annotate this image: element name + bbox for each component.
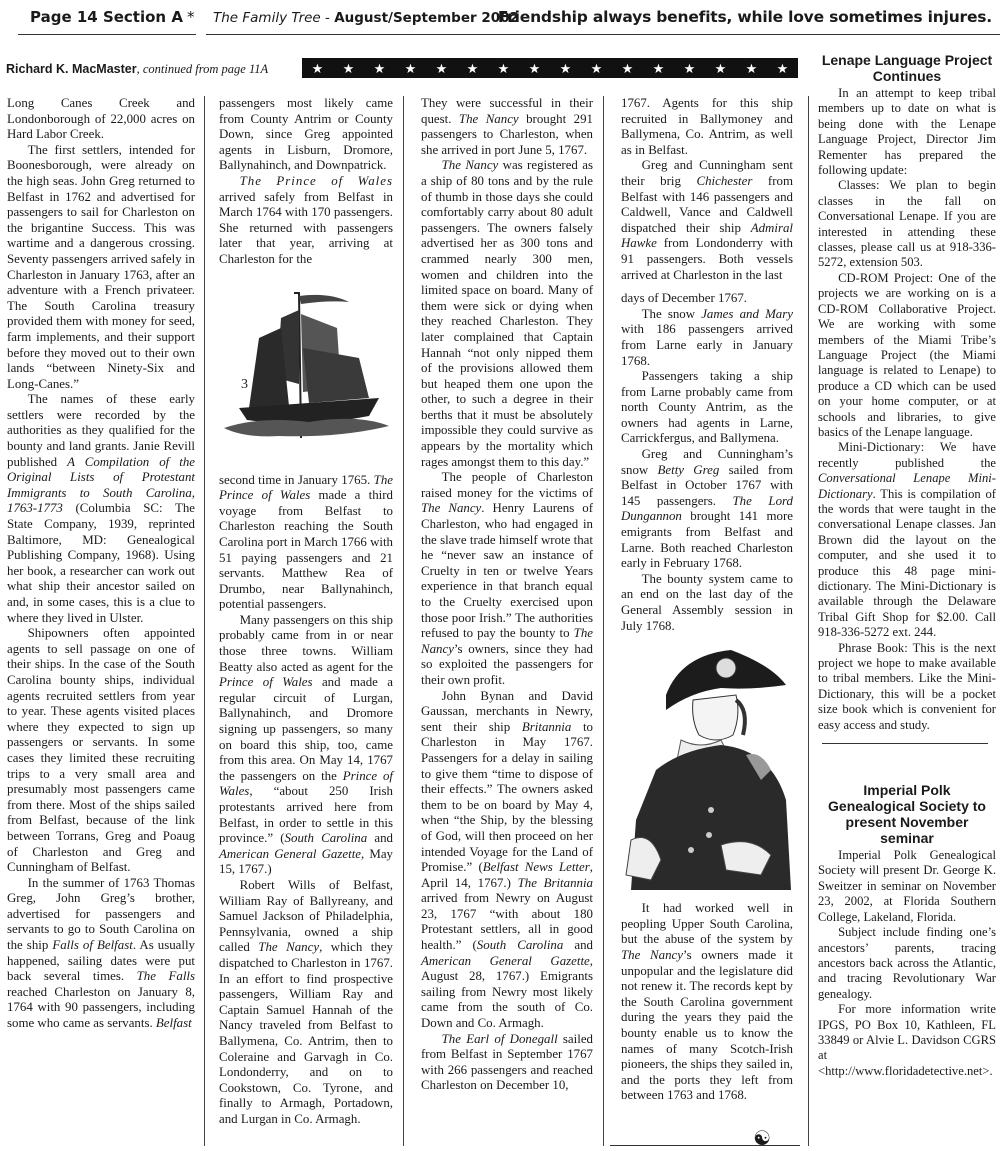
publication-title: The Family Tree - August/September 2002 <box>213 10 519 26</box>
column-divider <box>204 96 205 1146</box>
text-run: Mini-Dictionary: We have recently publis… <box>818 440 996 469</box>
portrait-illustration-icon <box>621 640 793 895</box>
article-column-4: 1767. Agents for this ship recruited in … <box>621 96 793 1148</box>
text-run: to Charleston in May 1767. Passengers fo… <box>421 720 593 874</box>
text-run: second time in January 1765. <box>219 473 374 487</box>
paragraph: In an attempt to keep tribal members up … <box>818 86 996 178</box>
text-run: , which they dispatched to Charleston in… <box>219 940 393 1126</box>
text-run: and <box>367 831 393 845</box>
article-column-1: Long Canes Creek and Londonborough of 22… <box>7 96 195 1032</box>
star-icon: ★ <box>622 62 634 75</box>
star-icon: ★ <box>374 62 386 75</box>
byline: Richard K. MacMaster, continued from pag… <box>6 62 268 77</box>
text-run: . Henry Laurens of Charleston, who had e… <box>421 501 593 640</box>
paragraph: Phrase Book: This is the next project we… <box>818 641 996 733</box>
section-divider <box>822 743 988 744</box>
star-icon: ★ <box>312 62 324 75</box>
paragraph: The first settlers, intended for Boonesb… <box>7 143 195 393</box>
ship-name: The Nancy <box>421 501 481 515</box>
newspaper-title: American General Gazette <box>421 954 590 968</box>
paragraph: Robert Wills of Belfast, William Ray of … <box>219 878 393 1128</box>
text-run: (Columbia SC: The State Company, 1939, r… <box>7 501 195 624</box>
continued-note: , continued from page 11A <box>137 62 269 76</box>
star-icon: ★ <box>498 62 510 75</box>
title-separator: - <box>321 10 334 26</box>
star-banner: ★★★★★★★★★★★★★★★★ <box>302 58 798 78</box>
paragraph: Imperial Polk Genealogical Society will … <box>818 848 996 925</box>
column-divider <box>808 96 809 1146</box>
paragraph: The Earl of Donegall sailed from Belfast… <box>421 1032 593 1094</box>
sidebar: Lenape Language Project Continues In an … <box>818 52 996 1079</box>
text-run: It had worked well in peopling Upper Sou… <box>621 901 793 946</box>
column-divider <box>403 96 404 1146</box>
ship-name: The Earl of Donegall <box>442 1032 558 1046</box>
text-run: The snow <box>642 307 702 321</box>
ship-name: Falls of Belfast <box>52 938 132 952</box>
svg-text:3: 3 <box>241 377 248 392</box>
star-icon: ★ <box>777 62 789 75</box>
ship-name: Britannia <box>522 720 571 734</box>
newspaper-title: South Carolina <box>285 831 368 845</box>
text-run: The people of Charleston raised money fo… <box>421 470 593 500</box>
newspaper-title: South Carolina <box>477 938 564 952</box>
officer-portrait <box>621 640 793 895</box>
paragraph: The Prince of Wales arrived safely from … <box>219 174 393 268</box>
page-label: Page 14 Section A* <box>30 8 194 26</box>
paragraph: They were successful in their quest. The… <box>421 96 593 158</box>
ship-name: The Nancy <box>459 112 519 126</box>
paragraph: 1767. Agents for this ship recruited in … <box>621 96 793 158</box>
star-icon: ★ <box>591 62 603 75</box>
text-run: made a third voyage from Belfast to Char… <box>219 488 393 611</box>
ship-name: The Falls <box>137 969 195 983</box>
star-icon: ★ <box>436 62 448 75</box>
paragraph: Greg and Cunningham’s snow Betty Greg sa… <box>621 447 793 572</box>
paragraph: Passengers taking a ship from Larne prob… <box>621 369 793 447</box>
issue-date: August/September 2002 <box>334 10 519 26</box>
paragraph: passengers most likely came from County … <box>219 96 393 174</box>
paragraph: Long Canes Creek and Londonborough of 22… <box>7 96 195 143</box>
ship-name: The Nancy <box>442 158 499 172</box>
sailing-ship-icon: 3 <box>219 288 393 453</box>
star-icon: ★ <box>746 62 758 75</box>
ship-illustration: 3 <box>219 288 393 453</box>
star-icon: ★ <box>343 62 355 75</box>
text-run: arrived safely from Belfast in March 176… <box>219 190 393 266</box>
paragraph: Subject include finding one’s ancestors’… <box>818 925 996 1002</box>
page-number: Page 14 Section A <box>30 8 183 26</box>
text-run: . This is compilation of the words that … <box>818 487 996 640</box>
article-end-rule <box>610 1145 800 1146</box>
paragraph: Shipowners often appointed agents to sel… <box>7 626 195 876</box>
text-run: was registered as a ship of 80 tons and … <box>421 158 593 468</box>
paragraph: Greg and Cunningham sent their brig Chic… <box>621 158 793 283</box>
star-separator: * <box>187 8 195 26</box>
paragraph: The people of Charleston raised money fo… <box>421 470 593 688</box>
text-run: and <box>563 938 593 952</box>
ship-name: James and Mary <box>701 307 793 321</box>
publication-name: The Family Tree <box>213 10 321 26</box>
newspaper-title: American General Gazette <box>219 847 361 861</box>
star-icon: ★ <box>653 62 665 75</box>
paragraph: The names of these early settlers were r… <box>7 392 195 626</box>
paragraph: second time in January 1765. The Prince … <box>219 473 393 613</box>
text-run: ’s owners made it unpopular and the legi… <box>621 948 793 1102</box>
star-icon: ★ <box>405 62 417 75</box>
ship-name: The Nancy <box>621 948 683 962</box>
paragraph: For more information write IPGS, PO Box … <box>818 1002 996 1079</box>
article-column-3: They were successful in their quest. The… <box>421 96 593 1094</box>
text-run: and made a regular circuit of Lurgan, Ba… <box>219 675 393 783</box>
paragraph: Many passengers on this ship probably ca… <box>219 613 393 878</box>
star-icon: ★ <box>715 62 727 75</box>
text-run: Many passengers on this ship probably ca… <box>219 613 393 674</box>
ship-name: Betty Greg <box>658 463 720 477</box>
paragraph: John Bynan and David Gaussan, merchants … <box>421 689 593 1032</box>
masthead: Page 14 Section A* The Family Tree - Aug… <box>8 4 996 32</box>
star-icon: ★ <box>560 62 572 75</box>
newspaper-title: Belfast News Letter <box>483 860 590 874</box>
star-icon: ★ <box>529 62 541 75</box>
ship-name: The Britannia <box>518 876 593 890</box>
ship-name: Chichester <box>697 174 753 188</box>
masthead-rule <box>206 34 1000 35</box>
paragraph: The Nancy was registered as a ship of 80… <box>421 158 593 470</box>
paragraph: The bounty system came to an end on the … <box>621 572 793 634</box>
column-divider <box>603 96 604 1146</box>
paragraph: Classes: We plan to begin classes in the… <box>818 178 996 270</box>
paragraph: CD-ROM Project: One of the projects we a… <box>818 271 996 440</box>
lenape-headline: Lenape Language Project Continues <box>818 52 996 84</box>
star-icon: ★ <box>684 62 696 75</box>
text-run: with 186 passengers arrived from Larne e… <box>621 322 793 367</box>
paragraph: It had worked well in peopling Upper Sou… <box>621 901 793 1104</box>
text-run: Belfast <box>156 1016 192 1030</box>
article-column-2: passengers most likely came from County … <box>219 96 393 1127</box>
star-icon: ★ <box>467 62 479 75</box>
ship-name: The Prince of Wales <box>240 174 393 188</box>
ship-name: The Nancy <box>258 940 319 954</box>
paragraph: days of December 1767. <box>621 291 793 307</box>
ship-name: Prince of Wales <box>219 675 313 689</box>
masthead-rule <box>18 34 196 35</box>
masthead-motto: Friendship always benefits, while love s… <box>498 8 992 26</box>
author-name: Richard K. MacMaster <box>6 62 137 76</box>
paragraph: The snow James and Mary with 186 passeng… <box>621 307 793 369</box>
polk-headline: Imperial Polk Genealogical Society to pr… <box>818 782 996 846</box>
paragraph: Mini-Dictionary: We have recently publis… <box>818 440 996 640</box>
paragraph: In the summer of 1763 Thomas Greg, John … <box>7 876 195 1032</box>
